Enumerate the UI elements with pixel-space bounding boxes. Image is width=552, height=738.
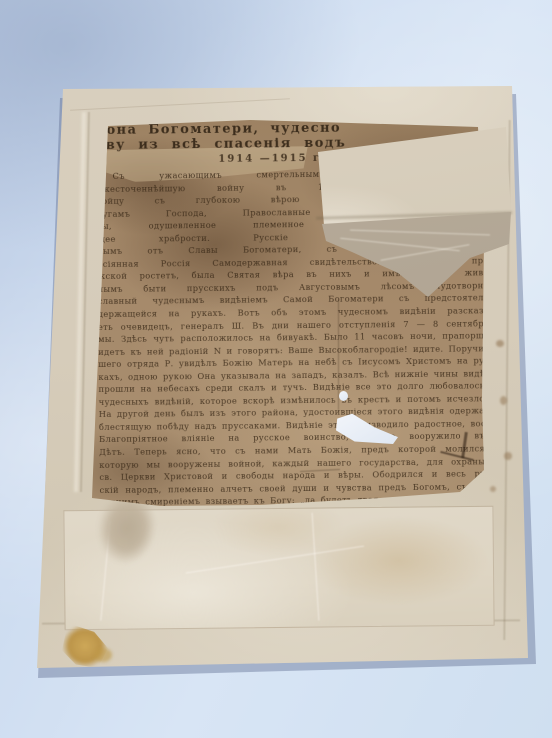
paper-hole bbox=[339, 391, 348, 401]
stain bbox=[0, 0, 38, 40]
stain bbox=[504, 452, 512, 460]
crease bbox=[312, 513, 320, 621]
photo-of-archival-clipping: рона Богоматери, чудесно пан тву из всѣ … bbox=[0, 0, 552, 738]
crease bbox=[186, 546, 364, 574]
clipping-headline-line2: тву из всѣ спасенія водъ bbox=[96, 136, 346, 153]
stain bbox=[94, 648, 112, 662]
stain bbox=[500, 396, 507, 405]
stain bbox=[0, 40, 16, 62]
crease bbox=[70, 98, 290, 111]
stain bbox=[490, 486, 496, 492]
stain bbox=[496, 340, 504, 347]
